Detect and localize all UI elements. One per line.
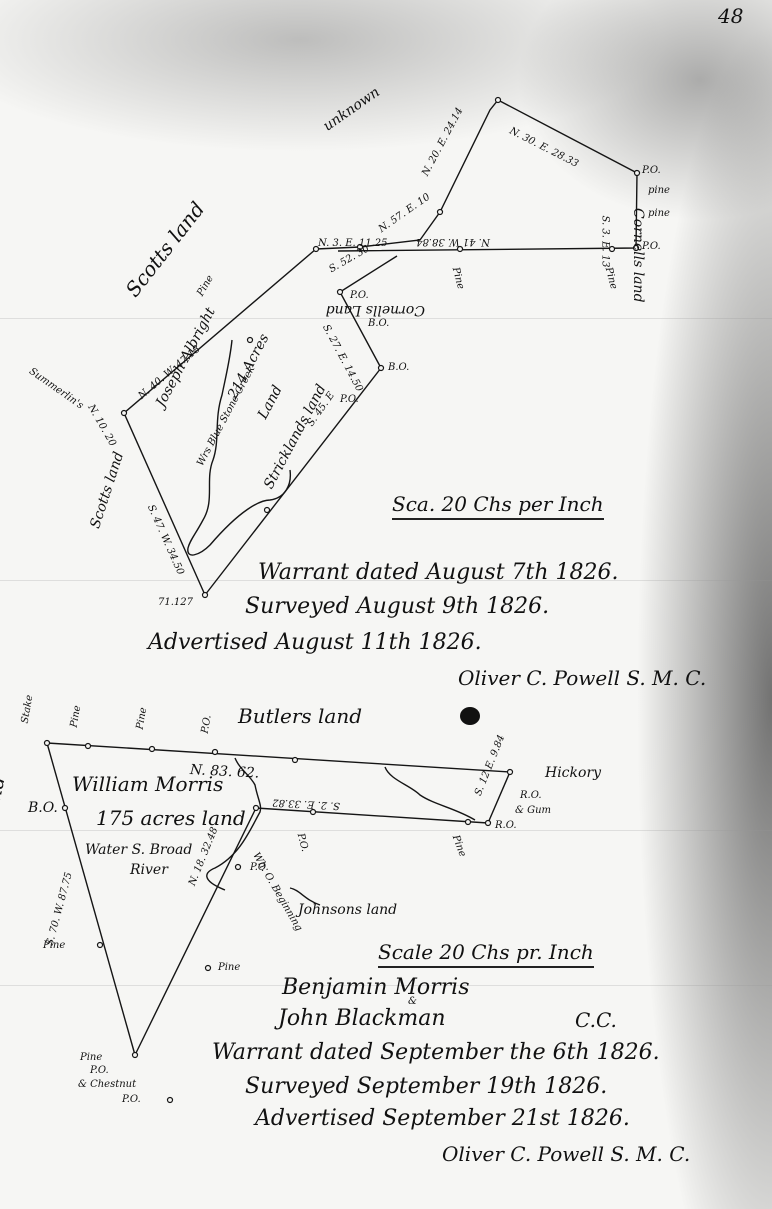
plat-1-surveyor-signature: Oliver C. Powell S. M. C. bbox=[458, 666, 706, 690]
marker-pine: Pine bbox=[218, 962, 240, 973]
plat-2-water-label: Water S. Broad bbox=[85, 842, 192, 858]
corner-mark: P.O. bbox=[350, 290, 369, 301]
corner-mark: B.O. bbox=[368, 318, 389, 329]
plat-2-scale: Scale 20 Chs pr. Inch bbox=[378, 940, 594, 968]
plat-2-grantee-suffix: C.C. bbox=[575, 1008, 617, 1032]
plat-1-scale: Sca. 20 Chs per Inch bbox=[392, 492, 604, 520]
plat-2-warrant-date: Warrant dated September the 6th 1826. bbox=[212, 1040, 660, 1065]
plat-2-grantee-1: Benjamin Morris bbox=[282, 975, 469, 1000]
marker-ro: R.O. bbox=[495, 820, 517, 831]
plat-2-advertised-date: Advertised September 21st 1826. bbox=[255, 1106, 630, 1131]
marker-po: P.O. bbox=[90, 1065, 109, 1076]
plat-2-grantee-2: John Blackman bbox=[278, 1006, 446, 1031]
corner-mark: pine bbox=[648, 208, 670, 219]
adjoining-johnsons-land: Johnsons land bbox=[298, 902, 397, 918]
corner-mark: B.O. bbox=[388, 362, 409, 373]
bearing-corner-sw: 71.127 bbox=[158, 597, 193, 608]
marker-bo: B.O. bbox=[28, 800, 58, 816]
bearing-top-short: N. 3. E. 11.25 bbox=[318, 238, 387, 249]
marker-pine: Pine bbox=[80, 1052, 102, 1063]
plat-2-surveyor-signature: Oliver C. Powell S. M. C. bbox=[442, 1142, 690, 1166]
adjoining-cornells-land-bottom: Cornells Land bbox=[326, 302, 425, 318]
plat-2-river-label: River bbox=[130, 862, 168, 878]
marker-ro: R.O. bbox=[520, 790, 542, 801]
marker-chestnut: & Chestnut bbox=[78, 1079, 136, 1090]
plat-1-advertised-date: Advertised August 11th 1826. bbox=[148, 630, 482, 655]
adjoining-cornells-land-right: Cornells land bbox=[630, 208, 646, 303]
marker-gum: & Gum bbox=[515, 805, 551, 816]
adjoining-butlers-land: Butlers land bbox=[238, 704, 362, 728]
document-page: 48 bbox=[0, 0, 772, 1209]
plat-2-stream bbox=[385, 767, 475, 820]
ink-blot bbox=[460, 707, 480, 725]
corner-mark: P.O. bbox=[642, 241, 661, 252]
plat-1-boundary bbox=[124, 100, 637, 595]
adjoining-hickory: Hickory bbox=[545, 765, 601, 781]
plat-1-surveyed-date: Surveyed August 9th 1826. bbox=[245, 594, 549, 619]
marker-pine: Pine bbox=[43, 940, 65, 951]
bearing-east-line: S. 3. E. 13 bbox=[600, 216, 611, 268]
plat-2-acres: 175 acres land bbox=[96, 806, 246, 830]
corner-mark: P.O. bbox=[642, 165, 661, 176]
plat-1-warrant-date: Warrant dated August 7th 1826. bbox=[258, 560, 619, 585]
corner-mark: pine bbox=[648, 185, 670, 196]
marker-po: P.O. bbox=[122, 1094, 141, 1105]
plat-2-surveyed-date: Surveyed September 19th 1826. bbox=[245, 1074, 607, 1099]
bearing-south-line: N. 41 W. 38.84 bbox=[416, 236, 490, 247]
corner-mark: P.O. bbox=[340, 394, 359, 405]
